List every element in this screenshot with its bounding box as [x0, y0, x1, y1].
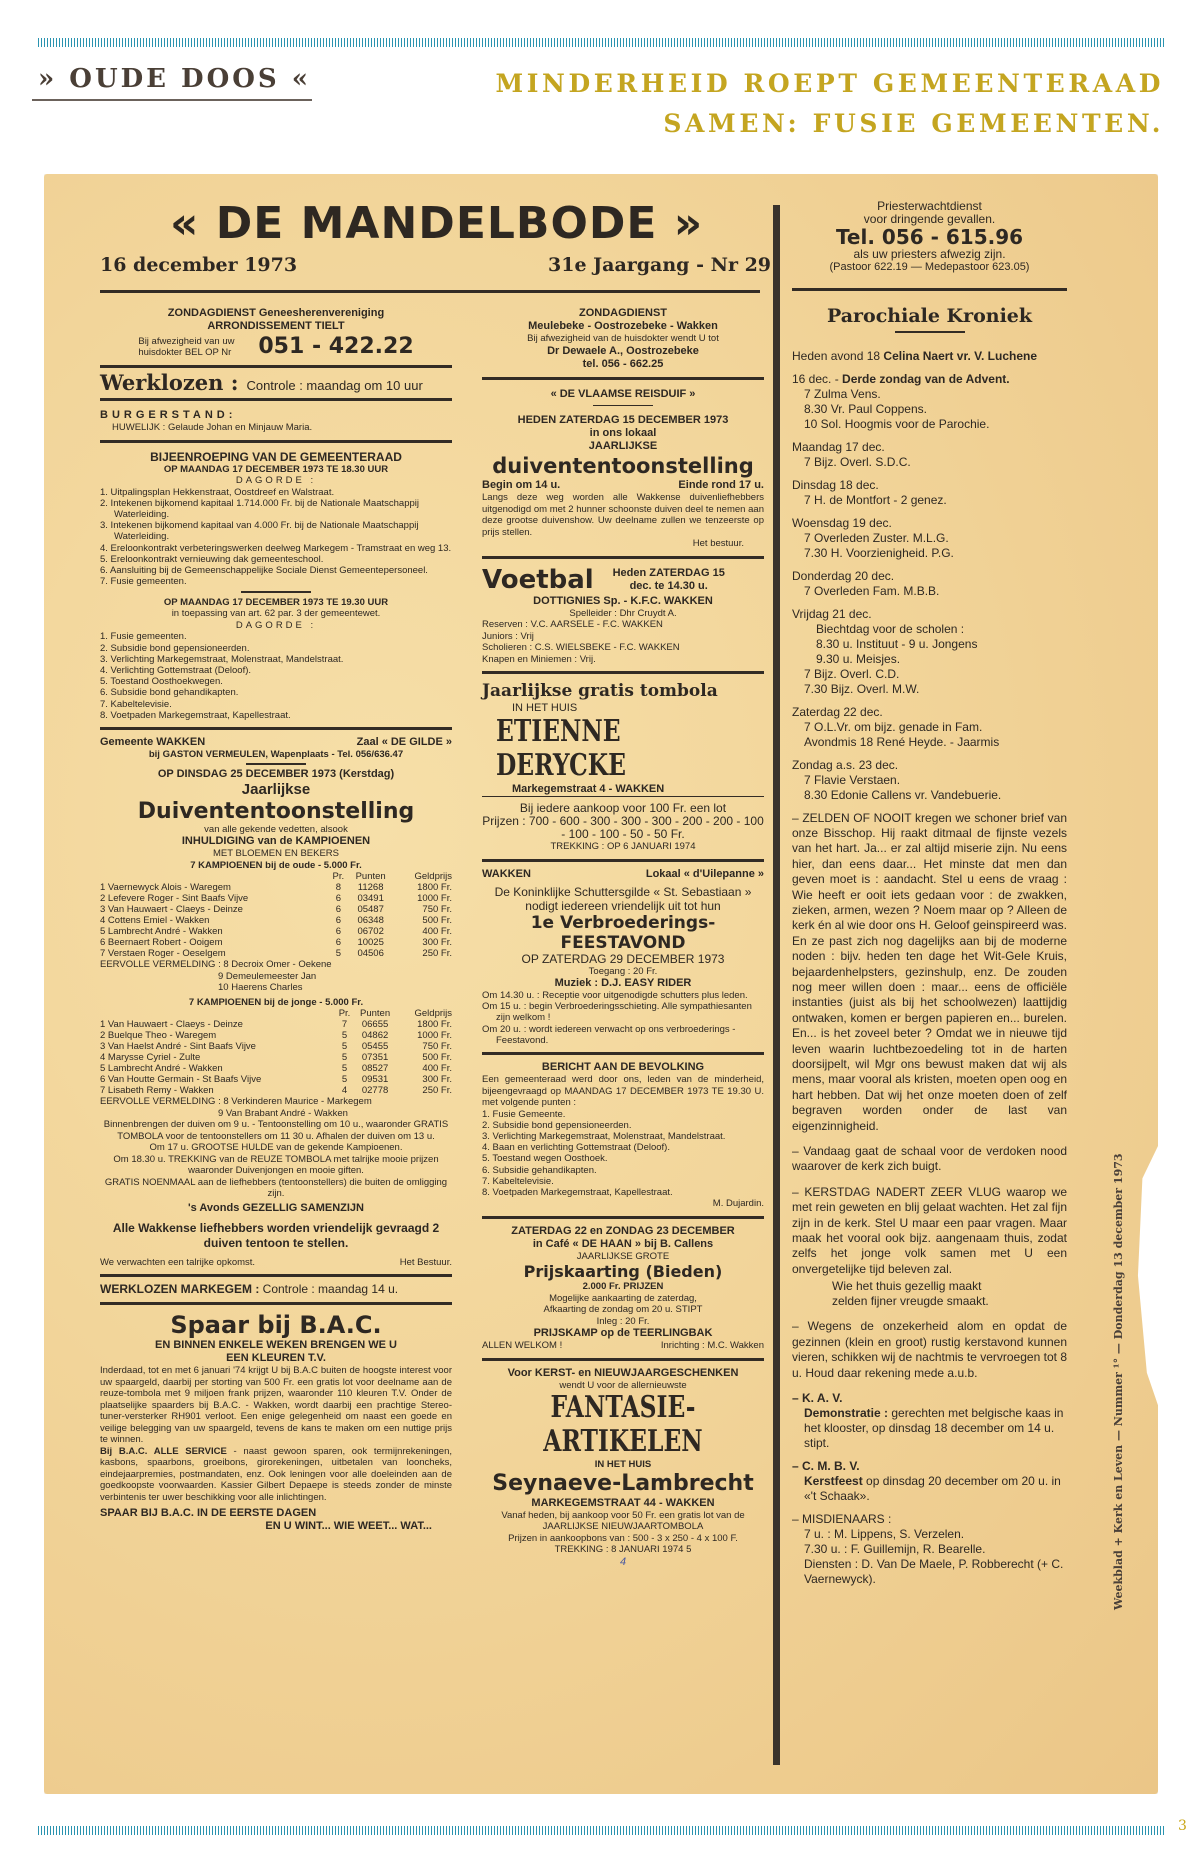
table-cell: 05487: [347, 904, 394, 915]
kicker-underline: [32, 99, 312, 101]
doctor-phone: tel. 056 - 662.25: [482, 358, 764, 371]
schedule-item: Om 14.30 u. : Receptie voor uitgenodigde…: [482, 990, 764, 1001]
kroniek-day: Heden avond 18: [792, 349, 883, 363]
oude-prize-table: Pr.PuntenGeldprijs1 Vaernewyck Alois - W…: [100, 871, 452, 959]
bericht-sign: M. Dujardin.: [482, 1198, 764, 1210]
verbroedering-schedule: Om 14.30 u. : Receptie voor uitgenodigde…: [482, 990, 764, 1046]
prijskaarting-title: Prijskaarting (Bieden): [482, 1262, 764, 1281]
bericht-item: 3. Verlichting Markegemstraat, Molenstra…: [482, 1131, 764, 1142]
table-header: Punten: [353, 1008, 397, 1019]
haan-location: in Café « DE HAAN » bij B. Callens: [482, 1238, 764, 1251]
table-cell: 500 Fr.: [397, 1052, 452, 1063]
haan-jaarlijkse: JAARLIJKSE GROTE: [482, 1251, 764, 1263]
notice-title: – K. A. V.: [792, 1391, 1067, 1406]
table-cell: 5: [336, 1041, 353, 1052]
trekking-text: TREKKING : OP 6 JANUARI 1974: [482, 841, 764, 853]
prijzen-2000: 2.000 Fr. PRIJZEN: [482, 1281, 764, 1293]
priester-note: als uw priesters afwezig zijn.: [792, 248, 1067, 261]
text-line: Juniors : Vrij: [482, 631, 764, 643]
table-cell: 400 Fr.: [394, 926, 452, 937]
text-line: Om 17 u. GROOTSE HULDE van de gekende Ka…: [100, 1142, 452, 1154]
margin-caption: Weekblad + Kerk en Leven — Nummer ¹° — D…: [1112, 1153, 1125, 1610]
table-row: 1 Vaernewyck Alois - Waregem8112681800 F…: [100, 882, 452, 893]
kroniek-item: 7 Bijz. Overl. S.D.C.: [792, 455, 1067, 470]
kroniek-notice: – C. M. B. V.Kerstfeest op dinsdag 20 de…: [792, 1459, 1067, 1504]
table-header: Geldprijs: [397, 1008, 452, 1019]
event-date: OP DINSDAG 25 DECEMBER 1973 (Kerstdag): [100, 768, 452, 781]
article-headline: MINDERHEID ROEPT GEMEENTERAAD SAMEN: FUS…: [495, 64, 1164, 144]
agenda-item: 3. Intekenen bijkomend kapitaal van 4.00…: [100, 520, 452, 542]
bericht-item: 4. Baan en verlichting Gottemstraat (Del…: [482, 1142, 764, 1153]
haan-lines: Mogelijke aankaarting de zaterdag,Afkaar…: [482, 1293, 764, 1328]
bac-subtitle-2: EEN KLEUREN T.V.: [100, 1352, 452, 1365]
text-line: Scholieren : C.S. WIELSBEKE - F.C. WAKKE…: [482, 642, 764, 654]
table-cell: 500 Fr.: [394, 915, 452, 926]
table-row: 7 Verstaen Roger - Oeselgem504506250 Fr.: [100, 948, 452, 959]
jonge-honorable: EERVOLLE VERMELDING : 8 Verkinderen Maur…: [100, 1096, 452, 1119]
bac-service-title: Bij B.A.C. ALLE SERVICE: [100, 1446, 227, 1457]
table-cell: 4: [336, 1085, 353, 1096]
table-cell: 06348: [347, 915, 394, 926]
kroniek-day: Maandag 17 dec.: [792, 440, 885, 454]
text-line: GRATIS NOENMAAL aan de liefhebbers (tent…: [100, 1177, 452, 1200]
headline-line-1: MINDERHEID ROEPT GEMEENTERAAD: [495, 64, 1164, 104]
voetbal-when: Heden ZATERDAG 15 dec. te 14.30 u.: [604, 567, 734, 593]
kroniek-paragraph: – Wegens de onzekerheid alom en opdat de…: [792, 1319, 1067, 1381]
bloemen-text: MET BLOEMEN EN BEKERS: [100, 848, 452, 860]
heden-date: HEDEN ZATERDAG 15 DECEMBER 1973: [482, 414, 764, 427]
table-row: 4 Marysse Cyriel - Zulte507351500 Fr.: [100, 1052, 452, 1063]
table-cell: 02778: [353, 1085, 397, 1096]
kroniek-day: Dinsdag 18 dec.: [792, 478, 879, 492]
text-line: 9 Van Brabant André - Wakken: [100, 1108, 452, 1120]
agenda-item: 2. Intekenen bijkomend kapitaal 1.714.00…: [100, 498, 452, 520]
kroniek-entry: Vrijdag 21 dec. Biechtdag voor de schole…: [792, 607, 1067, 697]
bericht-list: 1. Fusie Gemeente.2. Subsidie bond gepen…: [482, 1109, 764, 1199]
zondagdienst-mid-note: Bij afwezigheid van de huisdokter wendt …: [482, 333, 764, 345]
misdienaars-line: Diensten : D. Van De Maele, P. Robberech…: [792, 1557, 1067, 1587]
agenda-list-2: 1. Fusie gemeenten.2. Subsidie bond gepe…: [100, 631, 452, 721]
misdienaars: – MISDIENAARS :7 u. : M. Lippens, S. Ver…: [792, 1512, 1067, 1587]
table-cell: 2 Lefevere Roger - Sint Baafs Vijve: [100, 893, 329, 904]
vanaf-text: Vanaf heden, bij aankoop voor 50 Fr. een…: [482, 1510, 764, 1533]
table-cell: 10025: [347, 937, 394, 948]
table-cell: 1800 Fr.: [397, 1019, 452, 1030]
agenda-item: 5. Ereloonkontrakt vernieuwing dak gemee…: [100, 554, 452, 565]
masthead-volume: 31e Jaargang - Nr 29: [548, 254, 771, 276]
table-cell: 4 Cottens Emiel - Wakken: [100, 915, 329, 926]
teerling-text: PRIJSKAMP op de TEERLINGBAK: [482, 1327, 764, 1340]
table-cell: 3 Van Haelst André - Sint Baafs Vijve: [100, 1041, 336, 1052]
kroniek-item: 7 Overleden Zuster. M.L.G.: [792, 531, 1067, 546]
zondagdienst-title: ZONDAGDIENST Geneesherenvereniging: [100, 307, 452, 320]
kroniek-entry: Woensdag 19 dec. 7 Overleden Zuster. M.L…: [792, 516, 1067, 561]
decorative-stripe-top: [38, 38, 1166, 47]
kroniek-bold: Derde zondag van de Advent.: [842, 372, 1010, 386]
text-line: Inleg : 20 Fr.: [482, 1316, 764, 1328]
kroniek-entry: Dinsdag 18 dec. 7 H. de Montfort - 2 gen…: [792, 478, 1067, 508]
prijzen-text: Prijzen : 700 - 600 - 300 - 300 - 300 - …: [482, 815, 764, 841]
zondagdienst-towns: Meulebeke - Oostrozebeke - Wakken: [482, 320, 764, 333]
schutters-text: De Koninklijke Schuttersgilde « St. Seba…: [482, 885, 764, 913]
wakken-label: Gemeente WAKKEN: [100, 736, 205, 749]
masthead-title: « DE MANDELBODE »: [170, 198, 703, 249]
table-cell: 7 Verstaen Roger - Oeselgem: [100, 948, 329, 959]
table-cell: 300 Fr.: [397, 1074, 452, 1085]
kroniek-item: 7 Overleden Fam. M.B.B.: [792, 584, 1067, 599]
text-line: EERVOLLE VERMELDING : 8 Decroix Omer - O…: [100, 959, 452, 971]
kroniek-item: 7 Bijz. Overl. C.D.: [792, 667, 1067, 682]
handwritten-note: 4: [482, 1556, 764, 1569]
table-header: Pr.: [329, 871, 347, 882]
table-row: 6 Beernaert Robert - Ooigem610025300 Fr.: [100, 937, 452, 948]
table-cell: 3 Van Hauwaert - Claeys - Deinze: [100, 904, 329, 915]
kroniek-paragraph: – ZELDEN OF NOOIT kregen we schoner brie…: [792, 811, 1067, 1135]
werklozen-title: Werklozen :: [100, 376, 238, 389]
text-line: EERVOLLE VERMELDING : 8 Verkinderen Maur…: [100, 1096, 452, 1108]
text-line: Reserven : V.C. AARSELE - F.C. WAKKEN: [482, 619, 764, 631]
masthead-date: 16 december 1973: [100, 254, 297, 276]
priester-numbers: (Pastoor 622.19 — Medepastoor 623.05): [792, 261, 1067, 274]
verbroedering-title-1: 1e Verbroederings-: [482, 913, 764, 933]
spelleider: Spelleider : Dhr Cruydt A.: [482, 608, 764, 620]
agenda-item: 1. Fusie gemeenten.: [100, 631, 452, 642]
table-cell: 250 Fr.: [397, 1085, 452, 1096]
text-line: 9 Demeulemeester Jan: [100, 971, 452, 983]
uilepanne-label: Lokaal « d'Uilepanne »: [646, 868, 764, 881]
table-cell: 400 Fr.: [397, 1063, 452, 1074]
misdienaars-title: – MISDIENAARS :: [792, 1512, 1067, 1527]
dagorde-label: DAGORDE :: [100, 475, 452, 487]
zondagdienst-subtitle: ARRONDISSEMENT TIELT: [100, 320, 452, 333]
kroniek-day: 16 dec. -: [792, 372, 842, 386]
page-number: 3: [1178, 1818, 1187, 1834]
haan-date: ZATERDAG 22 en ZONDAG 23 DECEMBER: [482, 1225, 764, 1238]
kerst-title: Voor KERST- en NIEUWJAARGESCHENKEN: [482, 1367, 764, 1380]
table-row: 3 Van Haelst André - Sint Baafs Vijve505…: [100, 1041, 452, 1052]
text-line: Om 18.30 u. TREKKING van de REUZE TOMBOL…: [100, 1154, 452, 1177]
table-cell: 8: [329, 882, 347, 893]
kroniek-day: Woensdag 19 dec.: [792, 516, 892, 530]
kroniek-item: 7 H. de Montfort - 2 genez.: [792, 493, 1067, 508]
bericht-item: 7. Kabeltelevisie.: [482, 1176, 764, 1187]
trekking-2-text: TREKKING : 8 JANUARI 1974 5: [482, 1544, 764, 1556]
zondagdienst-mid-title: ZONDAGDIENST: [482, 307, 764, 320]
end-time: Einde rond 17 u.: [678, 479, 764, 492]
table-cell: 11268: [347, 882, 394, 893]
table-cell: 1000 Fr.: [394, 893, 452, 904]
inhuldiging-title: INHULDIGING van de KAMPIOENEN: [100, 835, 452, 848]
table-cell: 6: [329, 937, 347, 948]
kroniek-item: 9.30 u. Meisjes.: [792, 652, 1067, 667]
agenda-item: 7. Fusie gemeenten.: [100, 576, 452, 587]
duivententoonstelling-title: Duivententoonstelling: [100, 799, 452, 824]
table-cell: 5 Lambrecht André - Wakken: [100, 1063, 336, 1074]
kroniek-item: 7 O.L.Vr. om bijz. genade in Fam.: [792, 720, 1067, 735]
table-header: Geldprijs: [394, 871, 452, 882]
bac-body: Inderdaad, tot en met 6 januari '74 krij…: [100, 1365, 452, 1446]
table-cell: 1 Vaernewyck Alois - Waregem: [100, 882, 329, 893]
tombola-title: Jaarlijkse gratis tombola: [482, 680, 764, 702]
left-column: ZONDAGDIENST Geneesherenvereniging ARRON…: [100, 307, 452, 1533]
kroniek-day: Zondag a.s. 23 dec.: [792, 758, 898, 772]
table-cell: 1000 Fr.: [397, 1030, 452, 1041]
table-cell: 6: [329, 893, 347, 904]
kroniek-paragraph: – KERSTDAG NADERT ZEER VLUG waarop we me…: [792, 1185, 1067, 1277]
agenda-item: 4. Ereloonkontrakt verbeteringswerken de…: [100, 543, 452, 554]
wakken-mid: WAKKEN: [482, 868, 531, 881]
text-line: 10 Haerens Charles: [100, 982, 452, 994]
duiven-body: Langs deze weg worden alle Wakkense duiv…: [482, 492, 764, 538]
jaarlijkse-label: Jaarlijkse: [100, 781, 452, 799]
bericht-intro: Een gemeenteraad werd door ons, leden va…: [482, 1074, 764, 1109]
bac-footer-2: EN U WINT... WIE WEET... WAT...: [100, 1520, 452, 1533]
bijeenroeping-note: in toepassing van art. 62 par. 3 der gem…: [100, 608, 452, 620]
bac-footer-1: SPAAR BIJ B.A.C. IN DE EERSTE DAGEN: [100, 1507, 452, 1520]
derycke-name: ETIENNE DERYCKE: [496, 715, 705, 783]
burgerstand-text: HUWELIJK : Gelaude Johan en Minjauw Mari…: [100, 422, 452, 434]
table-row: 2 Lefevere Roger - Sint Baafs Vijve60349…: [100, 893, 452, 904]
table-row: 3 Van Hauwaert - Claeys - Deinze60548775…: [100, 904, 452, 915]
vedetten-text: van alle gekende vedetten, alsook: [100, 824, 452, 836]
agenda-item: 7. Kabeltelevisie.: [100, 699, 452, 710]
table-cell: 09531: [353, 1074, 397, 1085]
table-row: 5 Lambrecht André - Wakken508527400 Fr.: [100, 1063, 452, 1074]
table-cell: 300 Fr.: [394, 937, 452, 948]
doctor-name: Dr Dewaele A., Oostrozebeke: [482, 345, 764, 358]
burgerstand-title: BURGERSTAND:: [100, 409, 452, 422]
bericht-item: 1. Fusie Gemeente.: [482, 1109, 764, 1120]
inrichting-text: Inrichting : M.C. Wakken: [661, 1340, 764, 1352]
oude-honorable: EERVOLLE VERMELDING : 8 Decroix Omer - O…: [100, 959, 452, 994]
table-cell: 5 Lambrecht André - Wakken: [100, 926, 329, 937]
table-cell: 6 Van Houtte Germain - St Baafs Vijve: [100, 1074, 336, 1085]
table-cell: 5: [336, 1052, 353, 1063]
table-header: Punten: [347, 871, 394, 882]
decorative-stripe-bottom: [38, 1826, 1166, 1835]
agenda-item: 3. Verlichting Markegemstraat, Molenstra…: [100, 654, 452, 665]
kroniek-paragraph: – Vandaag gaat de schaal voor de verdoke…: [792, 1144, 1067, 1175]
misdienaars-line: 7.30 u. : F. Guillemijn, R. Bearelle.: [792, 1542, 1067, 1557]
werklozen-markegem-title: WERKLOZEN MARKEGEM :: [100, 1282, 259, 1296]
kroniek-entries: Heden avond 18 Celina Naert vr. V. Luche…: [792, 349, 1067, 803]
zaal-label: Zaal « DE GILDE »: [357, 736, 452, 749]
table-cell: 06702: [347, 926, 394, 937]
kroniek-entry: Zaterdag 22 dec. 7 O.L.Vr. om bijz. gena…: [792, 705, 1067, 750]
table-cell: 04506: [347, 948, 394, 959]
duiven-sign: Het bestuur.: [482, 538, 764, 550]
alle-wakkense-text: Alle Wakkense liefhebbers worden vriende…: [100, 1221, 452, 1251]
table-row: 2 Buelque Theo - Waregem5048621000 Fr.: [100, 1030, 452, 1041]
text-line: Afkaarting de zondag om 20 u. STIPT: [482, 1304, 764, 1316]
middle-column: ZONDAGDIENST Meulebeke - Oostrozebeke - …: [482, 307, 764, 1569]
notice-bold: Demonstratie :: [804, 1406, 891, 1420]
jaarlijkse-mid: JAARLIJKSE: [482, 440, 764, 453]
jonge-prize-table: Pr.PuntenGeldprijs1 Van Hauwaert - Claey…: [100, 1008, 452, 1096]
lokaal-text: in ons lokaal: [482, 427, 764, 440]
zondagdienst-note: Bij afwezigheid van uw huisdokter BEL OP…: [138, 336, 248, 359]
agenda-item: 6. Subsidie bond gehandikapten.: [100, 687, 452, 698]
kroniek-item: 7 Zulma Vens.: [792, 387, 1067, 402]
werklozen-markegem-text: Controle : maandag 14 u.: [263, 1282, 398, 1296]
schedule-item: Om 20 u. : wordt iedereen verwacht op on…: [482, 1024, 764, 1046]
misdienaars-line: 7 u. : M. Lippens, S. Verzelen.: [792, 1527, 1067, 1542]
table-cell: 5: [336, 1074, 353, 1085]
kroniek-day: Vrijdag 21 dec.: [792, 607, 872, 621]
table-row: 7 Lisabeth Remy - Wakken402778250 Fr.: [100, 1085, 452, 1096]
bijeenroeping-date-1: OP MAANDAG 17 DECEMBER 1973 TE 18.30 UUR: [100, 464, 452, 476]
bericht-item: 2. Subsidie bond gepensioneerden.: [482, 1120, 764, 1131]
table-cell: 1800 Fr.: [394, 882, 452, 893]
seynaeve-title: Seynaeve-Lambrecht: [482, 1471, 764, 1497]
kroniek-entry: Maandag 17 dec. 7 Bijz. Overl. S.D.C.: [792, 440, 1067, 470]
column-divider: [773, 205, 780, 1765]
agenda-list-1: 1. Uitpalingsplan Hekkenstraat, Oostdree…: [100, 487, 452, 588]
kroniek-title: Parochiale Kroniek: [792, 305, 1067, 327]
kroniek-bold: Celina Naert vr. V. Luchene: [883, 349, 1037, 363]
kroniek-item: 10 Sol. Hoogmis voor de Parochie.: [792, 417, 1067, 432]
text-line: Mogelijke aankaarting de zaterdag,: [482, 1293, 764, 1305]
table-cell: 750 Fr.: [394, 904, 452, 915]
table-header: Pr.: [336, 1008, 353, 1019]
table-cell: 6: [329, 915, 347, 926]
text-line: Binnenbrengen der duiven om 9 u. - Tento…: [100, 1119, 452, 1142]
table-row: 6 Van Houtte Germain - St Baafs Vijve509…: [100, 1074, 452, 1085]
table-cell: 7: [336, 1019, 353, 1030]
table-cell: 6: [329, 904, 347, 915]
kroniek-item: 8.30 Edonie Callens vr. Vandebuerie.: [792, 788, 1067, 803]
table-cell: 08527: [353, 1063, 397, 1074]
verwachten-text: We verwachten een talrijke opkomst.: [100, 1257, 255, 1269]
poem-line: zelden fijner vreugde smaakt.: [792, 1294, 1067, 1309]
agenda-item: 5. Toestand Oosthoekwegen.: [100, 676, 452, 687]
muziek-text: Muziek : D.J. EASY RIDER: [482, 977, 764, 990]
kroniek-item: 8.30 u. Instituut - 9 u. Jongens: [792, 637, 1067, 652]
schedule-text: Binnenbrengen der duiven om 9 u. - Tento…: [100, 1119, 452, 1200]
bac-title: Spaar bij B.A.C.: [100, 1311, 452, 1339]
right-column: Priesterwachtdienst voor dringende geval…: [792, 200, 1067, 1587]
oude-title: 7 KAMPIOENEN bij de oude - 5.000 Fr.: [100, 860, 452, 872]
table-row: 1 Van Hauwaert - Claeys - Deinze70665518…: [100, 1019, 452, 1030]
fantasie-title: FANTASIE-ARTIKELEN: [513, 1391, 733, 1459]
kroniek-entry: 16 dec. - Derde zondag van de Advent.7 Z…: [792, 372, 1067, 432]
kroniek-item: 7.30 Bijz. Overl. M.W.: [792, 682, 1067, 697]
table-cell: 4 Marysse Cyriel - Zulte: [100, 1052, 336, 1063]
aankoopbons-text: Prijzen in aankoopbons van : 500 - 3 x 2…: [482, 1533, 764, 1545]
table-header: [100, 1008, 336, 1019]
bericht-item: 8. Voetpaden Markegemstraat, Kapellestra…: [482, 1187, 764, 1198]
table-cell: 07351: [353, 1052, 397, 1063]
bericht-title: BERICHT AAN DE BEVOLKING: [482, 1061, 764, 1074]
agenda-item: 2. Subsidie bond gepensioneerden.: [100, 643, 452, 654]
reisduif-title: « DE VLAAMSE REISDUIF »: [482, 388, 764, 401]
table-cell: 5: [336, 1063, 353, 1074]
werklozen-text: Controle : maandag om 10 uur: [246, 379, 422, 392]
divider: [100, 290, 760, 293]
table-row: 5 Lambrecht André - Wakken606702400 Fr.: [100, 926, 452, 937]
kroniek-item: Biechtdag voor de scholen :: [792, 622, 1067, 637]
derycke-address: Markegemstraat 4 - WAKKEN: [482, 783, 764, 797]
bijeenroeping-title: BIJEENROEPING VAN DE GEMEENTERAAD: [100, 451, 452, 464]
voetbal-match: DOTTIGNIES Sp. - K.F.C. WAKKEN: [482, 595, 764, 608]
begin-time: Begin om 14 u.: [482, 479, 560, 492]
verbroedering-date: OP ZATERDAG 29 DECEMBER 1973: [482, 953, 764, 966]
poem-line: Wie het thuis gezellig maakt: [792, 1279, 1067, 1294]
kroniek-item: 8.30 Vr. Paul Coppens.: [792, 402, 1067, 417]
bericht-item: 5. Toestand wegen Oosthoek.: [482, 1153, 764, 1164]
kroniek-item: Avondmis 18 René Heyde. - Jaarmis: [792, 735, 1067, 750]
table-cell: 05455: [353, 1041, 397, 1052]
table-cell: 03491: [347, 893, 394, 904]
table-cell: 5: [329, 948, 347, 959]
avonds-text: 's Avonds GEZELLIG SAMENZIJN: [100, 1202, 452, 1215]
table-cell: 250 Fr.: [394, 948, 452, 959]
text-line: Knapen en Miniemen : Vrij.: [482, 654, 764, 666]
welkom-text: ALLEN WELKOM !: [482, 1340, 562, 1352]
in-het-huis-2: IN HET HUIS: [482, 1459, 764, 1471]
kroniek-entry: Heden avond 18 Celina Naert vr. V. Luche…: [792, 349, 1067, 364]
dagorde-label: DAGORDE :: [100, 620, 452, 632]
headline-line-2: SAMEN: FUSIE GEMEENTEN.: [495, 104, 1164, 144]
kroniek-entry: Zondag a.s. 23 dec. 7 Flavie Verstaen.8.…: [792, 758, 1067, 803]
kroniek-day: Zaterdag 22 dec.: [792, 705, 883, 719]
wakken-address: bij GASTON VERMEULEN, Wapenplaats - Tel.…: [100, 749, 452, 761]
bericht-item: 6. Subsidie gehandikapten.: [482, 1165, 764, 1176]
agenda-item: 6. Aansluiting bij de Gemeenschappelijke…: [100, 565, 452, 576]
kroniek-paragraphs: – ZELDEN OF NOOIT kregen we schoner brie…: [792, 811, 1067, 1587]
kroniek-item: 7.30 H. Voorzienigheid. P.G.: [792, 546, 1067, 561]
voetbal-title: Voetbal: [482, 565, 594, 595]
notice-title: – C. M. B. V.: [792, 1459, 1067, 1474]
table-row: 4 Cottens Emiel - Wakken606348500 Fr.: [100, 915, 452, 926]
bac-subtitle-1: EN BINNEN ENKELE WEKEN BRENGEN WE U: [100, 1339, 452, 1352]
priester-phone: Tel. 056 - 615.96: [792, 226, 1067, 248]
table-cell: 6: [329, 926, 347, 937]
bestuur-sign: Het Bestuur.: [400, 1257, 452, 1269]
table-cell: 750 Fr.: [397, 1041, 452, 1052]
table-cell: 7 Lisabeth Remy - Wakken: [100, 1085, 336, 1096]
kroniek-day: Donderdag 20 dec.: [792, 569, 894, 583]
zondagdienst-phone: 051 - 422.22: [258, 335, 413, 359]
seynaeve-address: MARKEGEMSTRAAT 44 - WAKKEN: [482, 1497, 764, 1510]
table-header: [100, 871, 329, 882]
bijeenroeping-date-2: OP MAANDAG 17 DECEMBER 1973 TE 19.30 UUR: [100, 597, 452, 609]
table-cell: 1 Van Hauwaert - Claeys - Deinze: [100, 1019, 336, 1030]
notice-bold: Kerstfeest: [804, 1474, 866, 1488]
kroniek-notice: – K. A. V.Demonstratie : gerechten met b…: [792, 1391, 1067, 1451]
jonge-title: 7 KAMPIOENEN bij de jonge - 5.000 Fr.: [100, 997, 452, 1009]
agenda-item: 4. Verlichting Gottemstraat (Deloof).: [100, 665, 452, 676]
kroniek-item: 7 Flavie Verstaen.: [792, 773, 1067, 788]
table-cell: 5: [336, 1030, 353, 1041]
agenda-item: 8. Voetpaden Markegemstraat, Kapellestra…: [100, 710, 452, 721]
voetbal-lines: Reserven : V.C. AARSELE - F.C. WAKKENJun…: [482, 619, 764, 665]
table-cell: 6 Beernaert Robert - Ooigem: [100, 937, 329, 948]
duivententoonstelling-mid-title: duivententoonstelling: [482, 453, 764, 479]
schedule-item: Om 15 u. : begin Verbroederingsschieting…: [482, 1001, 764, 1023]
kroniek-entry: Donderdag 20 dec. 7 Overleden Fam. M.B.B…: [792, 569, 1067, 599]
agenda-item: 1. Uitpalingsplan Hekkenstraat, Oostdree…: [100, 487, 452, 498]
verbroedering-title-2: FEESTAVOND: [482, 933, 764, 953]
table-cell: 2 Buelque Theo - Waregem: [100, 1030, 336, 1041]
table-cell: 04862: [353, 1030, 397, 1041]
table-cell: 06655: [353, 1019, 397, 1030]
toegang-text: Toegang : 20 Fr.: [482, 966, 764, 978]
section-kicker: » OUDE DOOS «: [38, 64, 311, 94]
